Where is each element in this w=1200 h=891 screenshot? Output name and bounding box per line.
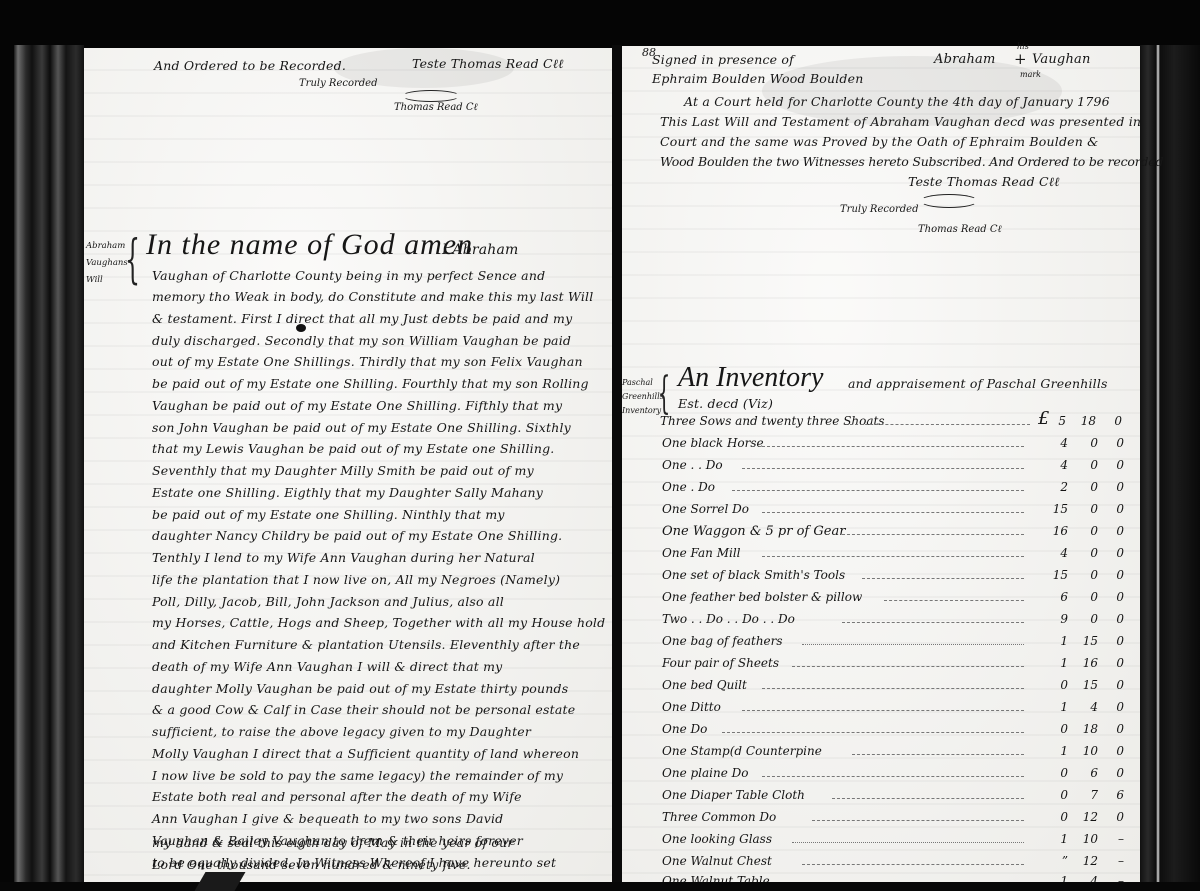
value-pence: 0 — [1096, 414, 1122, 428]
court-line: Wood Boulden the two Witnesses hereto Su… — [660, 154, 1163, 169]
will-heading: In the name of God amen — [146, 228, 473, 262]
will-line: Estate both real and personal after the … — [152, 789, 522, 804]
will-line: duly discharged. Secondly that my son Wi… — [152, 333, 571, 348]
ordered-recorded-text: And Ordered to be Recorded. — [154, 58, 346, 73]
inventory-heading-line2: Est. decd (Viz) — [678, 396, 773, 411]
item-name: One Sorrel Do — [662, 502, 749, 516]
item-name: One looking Glass — [662, 832, 772, 846]
will-line: that my Lewis Vaughan be paid out of my … — [152, 441, 554, 456]
margin-note-line: Will — [86, 272, 128, 289]
item-name: One . . Do — [662, 458, 723, 472]
value-pounds: 0 — [1032, 678, 1068, 692]
value-shillings: 6 — [1068, 766, 1098, 780]
value-pounds: 1 — [1032, 634, 1068, 648]
value-shillings: 18 — [1066, 414, 1096, 428]
court-line: At a Court held for Charlotte County the… — [684, 94, 1110, 109]
inventory-row: One bed Quilt0150 — [662, 675, 1128, 697]
inventory-row: One Do0180 — [662, 719, 1128, 741]
item-name: Two . . Do . . Do . . Do — [662, 612, 795, 626]
will-line: Ann Vaughan I give & bequeath to my two … — [152, 811, 503, 826]
will-line: my Horses, Cattle, Hogs and Sheep, Toget… — [152, 615, 605, 630]
margin-brace-icon: { — [658, 372, 671, 416]
inventory-row: One black Horse400 — [662, 433, 1128, 455]
will-line: be paid out of my Estate one Shilling. F… — [152, 376, 589, 391]
inventory-row: One Walnut Chest”12– — [662, 851, 1128, 873]
value-pounds: 4 — [1032, 436, 1068, 450]
value-pounds: 1 — [1032, 700, 1068, 714]
court-line: Court and the same was Proved by the Oat… — [660, 134, 1099, 149]
book-gutter — [612, 45, 622, 891]
inventory-row: One looking Glass110– — [662, 829, 1128, 851]
value-shillings: 0 — [1068, 436, 1098, 450]
court-line: This Last Will and Testament of Abraham … — [660, 114, 1141, 129]
will-line: daughter Nancy Childry be paid out of my… — [152, 528, 562, 543]
inventory-heading: An Inventory — [678, 362, 823, 394]
will-line: son John Vaughan be paid out of my Estat… — [152, 420, 571, 435]
value-shillings: 0 — [1068, 480, 1098, 494]
value-pence: 0 — [1098, 634, 1124, 648]
item-name: One Ditto — [662, 700, 721, 714]
will-line: sufficient, to raise the above legacy gi… — [152, 724, 531, 739]
value-pounds: 1 — [1032, 832, 1068, 846]
will-heading-tail: I Abraham — [442, 242, 519, 258]
inventory-row: One Sorrel Do1500 — [662, 499, 1128, 521]
item-name: One Fan Mill — [662, 546, 741, 560]
ink-blot — [296, 324, 306, 332]
value-pence: 0 — [1098, 480, 1124, 494]
inventory-row: One Fan Mill400 — [662, 543, 1128, 565]
value-pounds: 6 — [1032, 590, 1068, 604]
signature-first-name: Abraham — [934, 52, 996, 67]
scan-bottom-edge — [0, 882, 1200, 891]
item-name: One . Do — [662, 480, 715, 494]
teste-text: Teste Thomas Read Cℓℓ — [908, 174, 1060, 190]
will-line: I now live be sold to pay the same legac… — [152, 768, 563, 783]
inventory-row: One bag of feathers1150 — [662, 631, 1128, 653]
clerk-signature: Thomas Read Cℓ — [918, 224, 1002, 235]
value-pounds: 0 — [1032, 766, 1068, 780]
value-pence: 0 — [1098, 700, 1124, 714]
item-name: Three Common Do — [662, 810, 776, 824]
will-line: Vaughan be paid out of my Estate One Shi… — [152, 398, 562, 413]
value-pence: 0 — [1098, 744, 1124, 758]
value-pounds: 4 — [1032, 546, 1068, 560]
item-name: One set of black Smith's Tools — [662, 568, 845, 582]
will-line: out of my Estate One Shillings. Thirdly … — [152, 354, 583, 369]
truly-recorded-text: Truly Recorded — [840, 204, 919, 215]
inventory-row: One Diaper Table Cloth076 — [662, 785, 1128, 807]
signature-mark-icon: + — [1014, 50, 1027, 68]
value-pence: 0 — [1098, 458, 1124, 472]
value-pounds: ” — [1032, 854, 1068, 868]
value-pence: – — [1098, 832, 1124, 846]
value-shillings: 18 — [1068, 722, 1098, 736]
item-name: Three Sows and twenty three Shoats — [660, 414, 885, 428]
value-pence: 0 — [1098, 766, 1124, 780]
value-shillings: 0 — [1068, 458, 1098, 472]
signature-last-name: Vaughan — [1032, 52, 1091, 67]
truly-recorded-text: Truly Recorded — [299, 78, 378, 89]
value-shillings: 10 — [1068, 744, 1098, 758]
value-pounds: 4 — [1032, 458, 1068, 472]
left-page: And Ordered to be Recorded. Teste Thomas… — [84, 48, 612, 882]
value-pence: 0 — [1098, 678, 1124, 692]
will-line: & testament. First I direct that all my … — [152, 311, 572, 326]
value-shillings: 15 — [1068, 678, 1098, 692]
will-line: death of my Wife Ann Vaughan I will & di… — [152, 659, 502, 674]
value-shillings: 4 — [1068, 700, 1098, 714]
item-name: One feather bed bolster & pillow — [662, 590, 862, 604]
will-line: be paid out of my Estate one Shilling. N… — [152, 507, 505, 522]
value-shillings: 0 — [1068, 568, 1098, 582]
inventory-row: One Stamp(d Counterpine1100 — [662, 741, 1128, 763]
will-line: Tenthly I lend to my Wife Ann Vaughan du… — [152, 550, 535, 565]
inventory-row: Three Sows and twenty three Shoats5180 — [660, 411, 1126, 433]
inventory-row: Four pair of Sheets1160 — [662, 653, 1128, 675]
right-page: 88 Signed in presence of Ephraim Boulden… — [622, 46, 1140, 882]
will-line: Estate one Shilling. Eigthly that my Dau… — [152, 485, 543, 500]
value-pence: 0 — [1098, 436, 1124, 450]
will-line: and Kitchen Furniture & plantation Utens… — [152, 637, 580, 652]
inventory-row: One Ditto140 — [662, 697, 1128, 719]
will-line: my hand & seal this eigth day of May in … — [152, 835, 514, 850]
signature-mark-label: mark — [1020, 70, 1041, 79]
signed-presence-text: Signed in presence of — [652, 52, 794, 67]
will-line: Poll, Dilly, Jacob, Bill, John Jackson a… — [152, 594, 504, 609]
value-shillings: 0 — [1068, 502, 1098, 516]
value-shillings: 16 — [1068, 656, 1098, 670]
signature-flourish — [920, 194, 978, 208]
will-line: memory tho Weak in body, do Constitute a… — [152, 289, 593, 304]
clerk-signature: Thomas Read Cℓ — [394, 102, 478, 113]
value-pence: 0 — [1098, 546, 1124, 560]
item-name: One bag of feathers — [662, 634, 783, 648]
book-binding-right — [1140, 45, 1200, 891]
inventory-row: One plaine Do060 — [662, 763, 1128, 785]
will-line: Lord One thousand seven hundred & ninety… — [152, 857, 471, 872]
value-shillings: 0 — [1068, 546, 1098, 560]
value-pounds: 1 — [1032, 744, 1068, 758]
value-pence: 0 — [1098, 656, 1124, 670]
value-shillings: 15 — [1068, 634, 1098, 648]
value-pence: 0 — [1098, 524, 1124, 538]
value-pounds: 15 — [1032, 568, 1068, 582]
item-name: One bed Quilt — [662, 678, 747, 692]
margin-note: Abraham Vaughans Will — [86, 238, 128, 289]
value-pounds: 0 — [1032, 788, 1068, 802]
item-name: One plaine Do — [662, 766, 748, 780]
value-pounds: 9 — [1032, 612, 1068, 626]
inventory-row: One . . Do400 — [662, 455, 1128, 477]
value-shillings: 12 — [1068, 854, 1098, 868]
item-name: One Walnut Chest — [662, 854, 772, 868]
inventory-row: Three Common Do0120 — [662, 807, 1128, 829]
value-pence: 0 — [1098, 590, 1124, 604]
will-line: life the plantation that I now live on, … — [152, 572, 560, 587]
inventory-row: Two . . Do . . Do . . Do900 — [662, 609, 1128, 631]
value-pounds: 0 — [1032, 722, 1068, 736]
inventory-heading-tail: and appraisement of Paschal Greenhills — [848, 376, 1108, 391]
inventory-row: One Waggon & 5 pr of Gear1600 — [662, 521, 1128, 543]
value-pence: 6 — [1098, 788, 1124, 802]
will-line: Vaughan of Charlotte County being in my … — [152, 268, 545, 283]
value-shillings: 0 — [1068, 524, 1098, 538]
value-pence: 0 — [1098, 612, 1124, 626]
item-name: Four pair of Sheets — [662, 656, 779, 670]
item-name: One Stamp(d Counterpine — [662, 744, 822, 758]
value-shillings: 12 — [1068, 810, 1098, 824]
value-pence: 0 — [1098, 568, 1124, 582]
inventory-row: One . Do200 — [662, 477, 1128, 499]
item-name: One Diaper Table Cloth — [662, 788, 805, 802]
margin-note-line: Abraham — [86, 238, 128, 255]
value-shillings: 10 — [1068, 832, 1098, 846]
value-pounds: 15 — [1032, 502, 1068, 516]
teste-text: Teste Thomas Read Cℓℓ — [412, 56, 564, 72]
value-pounds: 16 — [1032, 524, 1068, 538]
value-pence: 0 — [1098, 502, 1124, 516]
value-shillings: 0 — [1068, 612, 1098, 626]
value-shillings: 0 — [1068, 590, 1098, 604]
will-line: Seventhly that my Daughter Milly Smith b… — [152, 463, 534, 478]
inventory-row: One set of black Smith's Tools1500 — [662, 565, 1128, 587]
value-pounds: 5 — [1030, 414, 1066, 428]
margin-note-line: Vaughans — [86, 255, 128, 272]
value-shillings: 7 — [1068, 788, 1098, 802]
will-line: & a good Cow & Calf in Case their should… — [152, 702, 575, 717]
item-name: One Do — [662, 722, 707, 736]
will-line: Molly Vaughan I direct that a Sufficient… — [152, 746, 579, 761]
value-pounds: 1 — [1032, 656, 1068, 670]
margin-brace-icon: { — [125, 234, 140, 286]
value-pounds: 0 — [1032, 810, 1068, 824]
item-name: One Waggon & 5 pr of Gear — [662, 524, 845, 539]
book-binding-left — [14, 45, 84, 891]
item-name: One black Horse — [662, 436, 764, 450]
value-pence: 0 — [1098, 810, 1124, 824]
value-pence: – — [1098, 854, 1124, 868]
witnesses-text: Ephraim Boulden Wood Boulden — [652, 71, 863, 86]
value-pounds: 2 — [1032, 480, 1068, 494]
will-line: daughter Molly Vaughan be paid out of my… — [152, 681, 568, 696]
inventory-row: One feather bed bolster & pillow600 — [662, 587, 1128, 609]
value-pence: 0 — [1098, 722, 1124, 736]
signature-flourish — [402, 90, 460, 102]
